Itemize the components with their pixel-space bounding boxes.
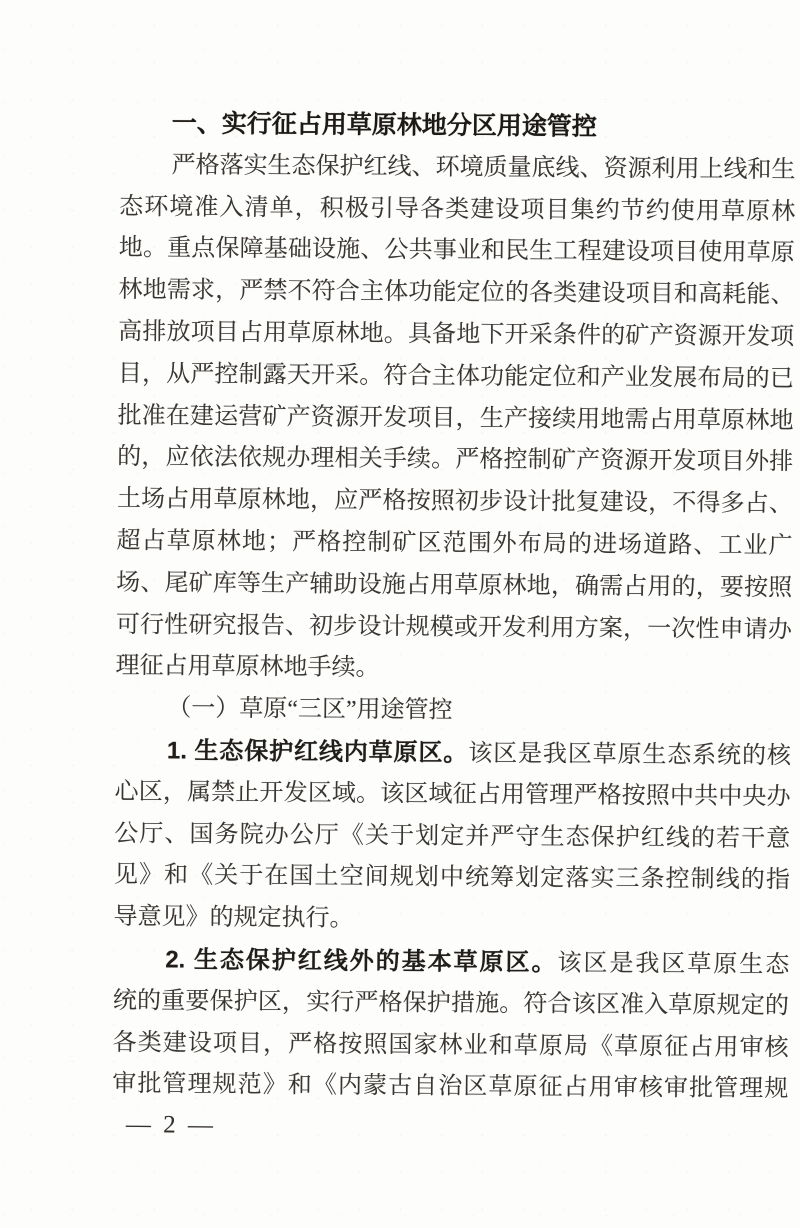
text-line: 目，从严控制露天开采。符合主体功能定位和产业发展布局的已 xyxy=(118,354,794,401)
text-run: 导意见》的规定执行。 xyxy=(114,904,354,932)
text-run: 审批管理规范》和《内蒙古自治区草原征占用审核审批管理规 xyxy=(112,1071,788,1102)
text-line: 林地需求，严禁不符合主体功能定位的各类建设项目和高耗能、 xyxy=(118,270,794,317)
text-line: 审批管理规范》和《内蒙古自治区草原征占用审核审批管理规 xyxy=(112,1064,788,1111)
text-line: 导意见》的规定执行。 xyxy=(113,897,789,944)
text-line: 的，应依法依规办理相关手续。严格控制矿产资源开发项目外排 xyxy=(117,437,793,484)
text-line: 严格落实生态保护红线、环境质量底线、资源利用上线和生 xyxy=(119,145,795,192)
text-line: 理征占用草原林地手续。 xyxy=(115,646,791,693)
text-run: 超占草原林地；严格控制矿区范围外布局的进场道路、工业广 xyxy=(116,528,792,559)
bold-run: 1. 生态保护红线内草原区。 xyxy=(167,737,469,766)
text-run: 可行性研究报告、初步设计规模或开发利用方案，一次性申请办 xyxy=(116,612,792,643)
text-run: 严格落实生态保护红线、环境质量底线、资源利用上线和生 xyxy=(171,152,795,183)
text-run: 公厅、国务院办公厅《关于划定并严守生态保护红线的若干意 xyxy=(114,821,790,852)
text-run: 统的重要保护区，实行严格保护措施。符合该区准入草原规定的 xyxy=(113,988,789,1019)
text-line: 可行性研究报告、初步设计规模或开发利用方案，一次性申请办 xyxy=(116,605,792,652)
text-run: 的，应依法依规办理相关手续。严格控制矿产资源开发项目外排 xyxy=(117,444,793,475)
text-line: 统的重要保护区，实行严格保护措施。符合该区准入草原规定的 xyxy=(113,981,789,1028)
text-run: 理征占用草原林地手续。 xyxy=(115,653,379,681)
text-run: 该区是我区草原生态系统的核 xyxy=(468,741,791,770)
text-line: 态环境准入清单，积极引导各类建设项目集约节约使用草原林 xyxy=(119,187,795,234)
document-body: 严格落实生态保护红线、环境质量底线、资源利用上线和生态环境准入清单，积极引导各类… xyxy=(112,145,796,1112)
text-line: 高排放项目占用草原林地。具备地下开采条件的矿产资源开发项 xyxy=(118,312,794,359)
text-line: （一）草原“三区”用途管控 xyxy=(115,688,791,735)
text-line: 见》和《关于在国土空间规划中统筹划定落实三条控制线的指 xyxy=(114,855,790,902)
text-line: 各类建设项目，严格按照国家林业和草原局《草原征占用审核 xyxy=(112,1023,788,1070)
text-line: 1. 生态保护红线内草原区。该区是我区草原生态系统的核 xyxy=(115,730,791,777)
text-run: 土场占用草原林地，应严格按照初步设计批复建设，不得多占、 xyxy=(117,486,793,517)
document-page: 一、实行征占用草原林地分区用途管控 严格落实生态保护红线、环境质量底线、资源利用… xyxy=(0,0,800,1228)
text-line: 场、尾矿库等生产辅助设施占用草原林地，确需占用的，要按照 xyxy=(116,563,792,610)
text-run: 高排放项目占用草原林地。具备地下开采条件的矿产资源开发项 xyxy=(118,319,794,350)
text-run: 各类建设项目，严格按照国家林业和草原局《草原征占用审核 xyxy=(113,1030,789,1061)
text-run: 批准在建运营矿产资源开发项目，生产接续用地需占用草原林地 xyxy=(117,403,793,434)
text-line: 2. 生态保护红线外的基本草原区。该区是我区草原生态 xyxy=(113,939,789,986)
text-run: 场、尾矿库等生产辅助设施占用草原林地，确需占用的，要按照 xyxy=(116,570,792,601)
scanned-text-block: 一、实行征占用草原林地分区用途管控 严格落实生态保护红线、环境质量底线、资源利用… xyxy=(112,103,796,1111)
text-line: 心区，属禁止开发区域。该区域征占用管理严格按照中共中央办 xyxy=(114,772,790,819)
text-line: 土场占用草原林地，应严格按照初步设计批复建设，不得多占、 xyxy=(117,479,793,526)
text-run: （一）草原“三区”用途管控 xyxy=(167,696,453,724)
text-run: 心区，属禁止开发区域。该区域征占用管理严格按照中共中央办 xyxy=(114,779,790,810)
text-run: 地。重点保障基础设施、公共事业和民生工程建设项目使用草原 xyxy=(119,235,795,266)
text-line: 超占草原林地；严格控制矿区范围外布局的进场道路、工业广 xyxy=(116,521,792,568)
text-run: 林地需求，严禁不符合主体功能定位的各类建设项目和高耗能、 xyxy=(118,277,794,308)
bold-run: 2. 生态保护红线外的基本草原区。 xyxy=(165,946,557,976)
page-number: — 2 — xyxy=(126,1110,216,1141)
section-heading: 一、实行征占用草原林地分区用途管控 xyxy=(120,103,796,150)
text-run: 目，从严控制露天开采。符合主体功能定位和产业发展布局的已 xyxy=(118,361,794,392)
text-run: 态环境准入清单，积极引导各类建设项目集约节约使用草原林 xyxy=(119,194,795,225)
text-run: 该区是我区草原生态 xyxy=(557,950,789,978)
text-line: 批准在建运营矿产资源开发项目，生产接续用地需占用草原林地 xyxy=(117,396,793,443)
text-line: 公厅、国务院办公厅《关于划定并严守生态保护红线的若干意 xyxy=(114,814,790,861)
text-run: 见》和《关于在国土空间规划中统筹划定落实三条控制线的指 xyxy=(114,862,790,893)
text-line: 地。重点保障基础设施、公共事业和民生工程建设项目使用草原 xyxy=(119,228,795,275)
